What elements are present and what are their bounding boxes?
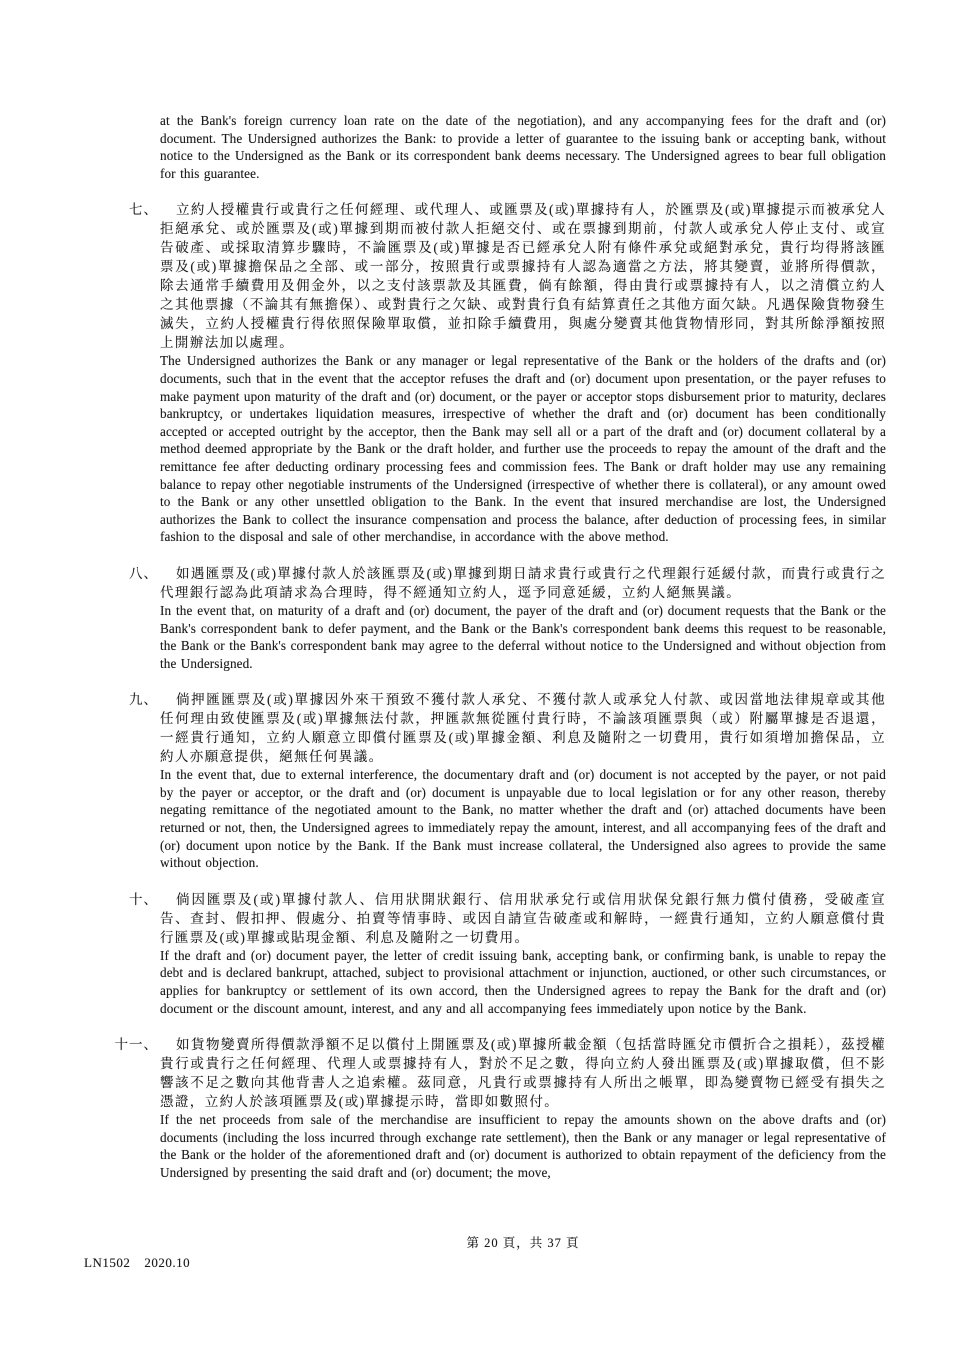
section-9-text-en: In the event that, due to external inter… [160,766,886,872]
section-11-text-zh: 如貨物變賣所得價款淨額不足以償付上開匯票及(或)單據所載金額（包括當時匯兌市價折… [160,1035,886,1111]
form-code-line: LN15022020.10 [84,1255,190,1271]
page-number: 第 20 頁，共 37 頁 [160,1233,886,1251]
section-8: 八、 如遇匯票及(或)單據付款人於該匯票及(或)單據到期日請求貴行或貴行之代理銀… [160,564,886,672]
document-body: at the Bank's foreign currency loan rate… [160,112,886,1182]
section-7: 七、 立約人授權貴行或貴行之任何經理、或代理人、或匯票及(或)單據持有人，於匯票… [160,200,886,546]
section-10-number: 十、 [108,890,158,909]
section-7-text-en: The Undersigned authorizes the Bank or a… [160,352,886,546]
intro-paragraph-en: at the Bank's foreign currency loan rate… [160,112,886,182]
section-9-text-zh: 倘押匯匯票及(或)單據因外來干預致不獲付款人承兌、不獲付款人或承兌人付款、或因當… [160,690,886,766]
section-8-text-en: In the event that, on maturity of a draf… [160,602,886,672]
section-11-number: 十一、 [108,1035,158,1054]
document-page: at the Bank's foreign currency loan rate… [0,0,965,1365]
form-code: LN1502 [84,1255,130,1270]
section-8-text-zh: 如遇匯票及(或)單據付款人於該匯票及(或)單據到期日請求貴行或貴行之代理銀行延緩… [160,564,886,602]
section-7-number: 七、 [108,200,158,219]
section-8-number: 八、 [108,564,158,583]
section-10-text-en: If the draft and (or) document payer, th… [160,947,886,1017]
section-9: 九、 倘押匯匯票及(或)單據因外來干預致不獲付款人承兌、不獲付款人或承兌人付款、… [160,690,886,872]
section-7-text-zh: 立約人授權貴行或貴行之任何經理、或代理人、或匯票及(或)單據持有人，於匯票及(或… [160,200,886,352]
section-10: 十、 倘因匯票及(或)單據付款人、信用狀開狀銀行、信用狀承兌行或信用狀保兌銀行無… [160,890,886,1017]
section-11: 十一、 如貨物變賣所得價款淨額不足以償付上開匯票及(或)單據所載金額（包括當時匯… [160,1035,886,1181]
section-9-number: 九、 [108,690,158,709]
section-10-text-zh: 倘因匯票及(或)單據付款人、信用狀開狀銀行、信用狀承兌行或信用狀保兌銀行無力償付… [160,890,886,947]
section-11-text-en: If the net proceeds from sale of the mer… [160,1111,886,1181]
form-version: 2020.10 [144,1255,190,1270]
